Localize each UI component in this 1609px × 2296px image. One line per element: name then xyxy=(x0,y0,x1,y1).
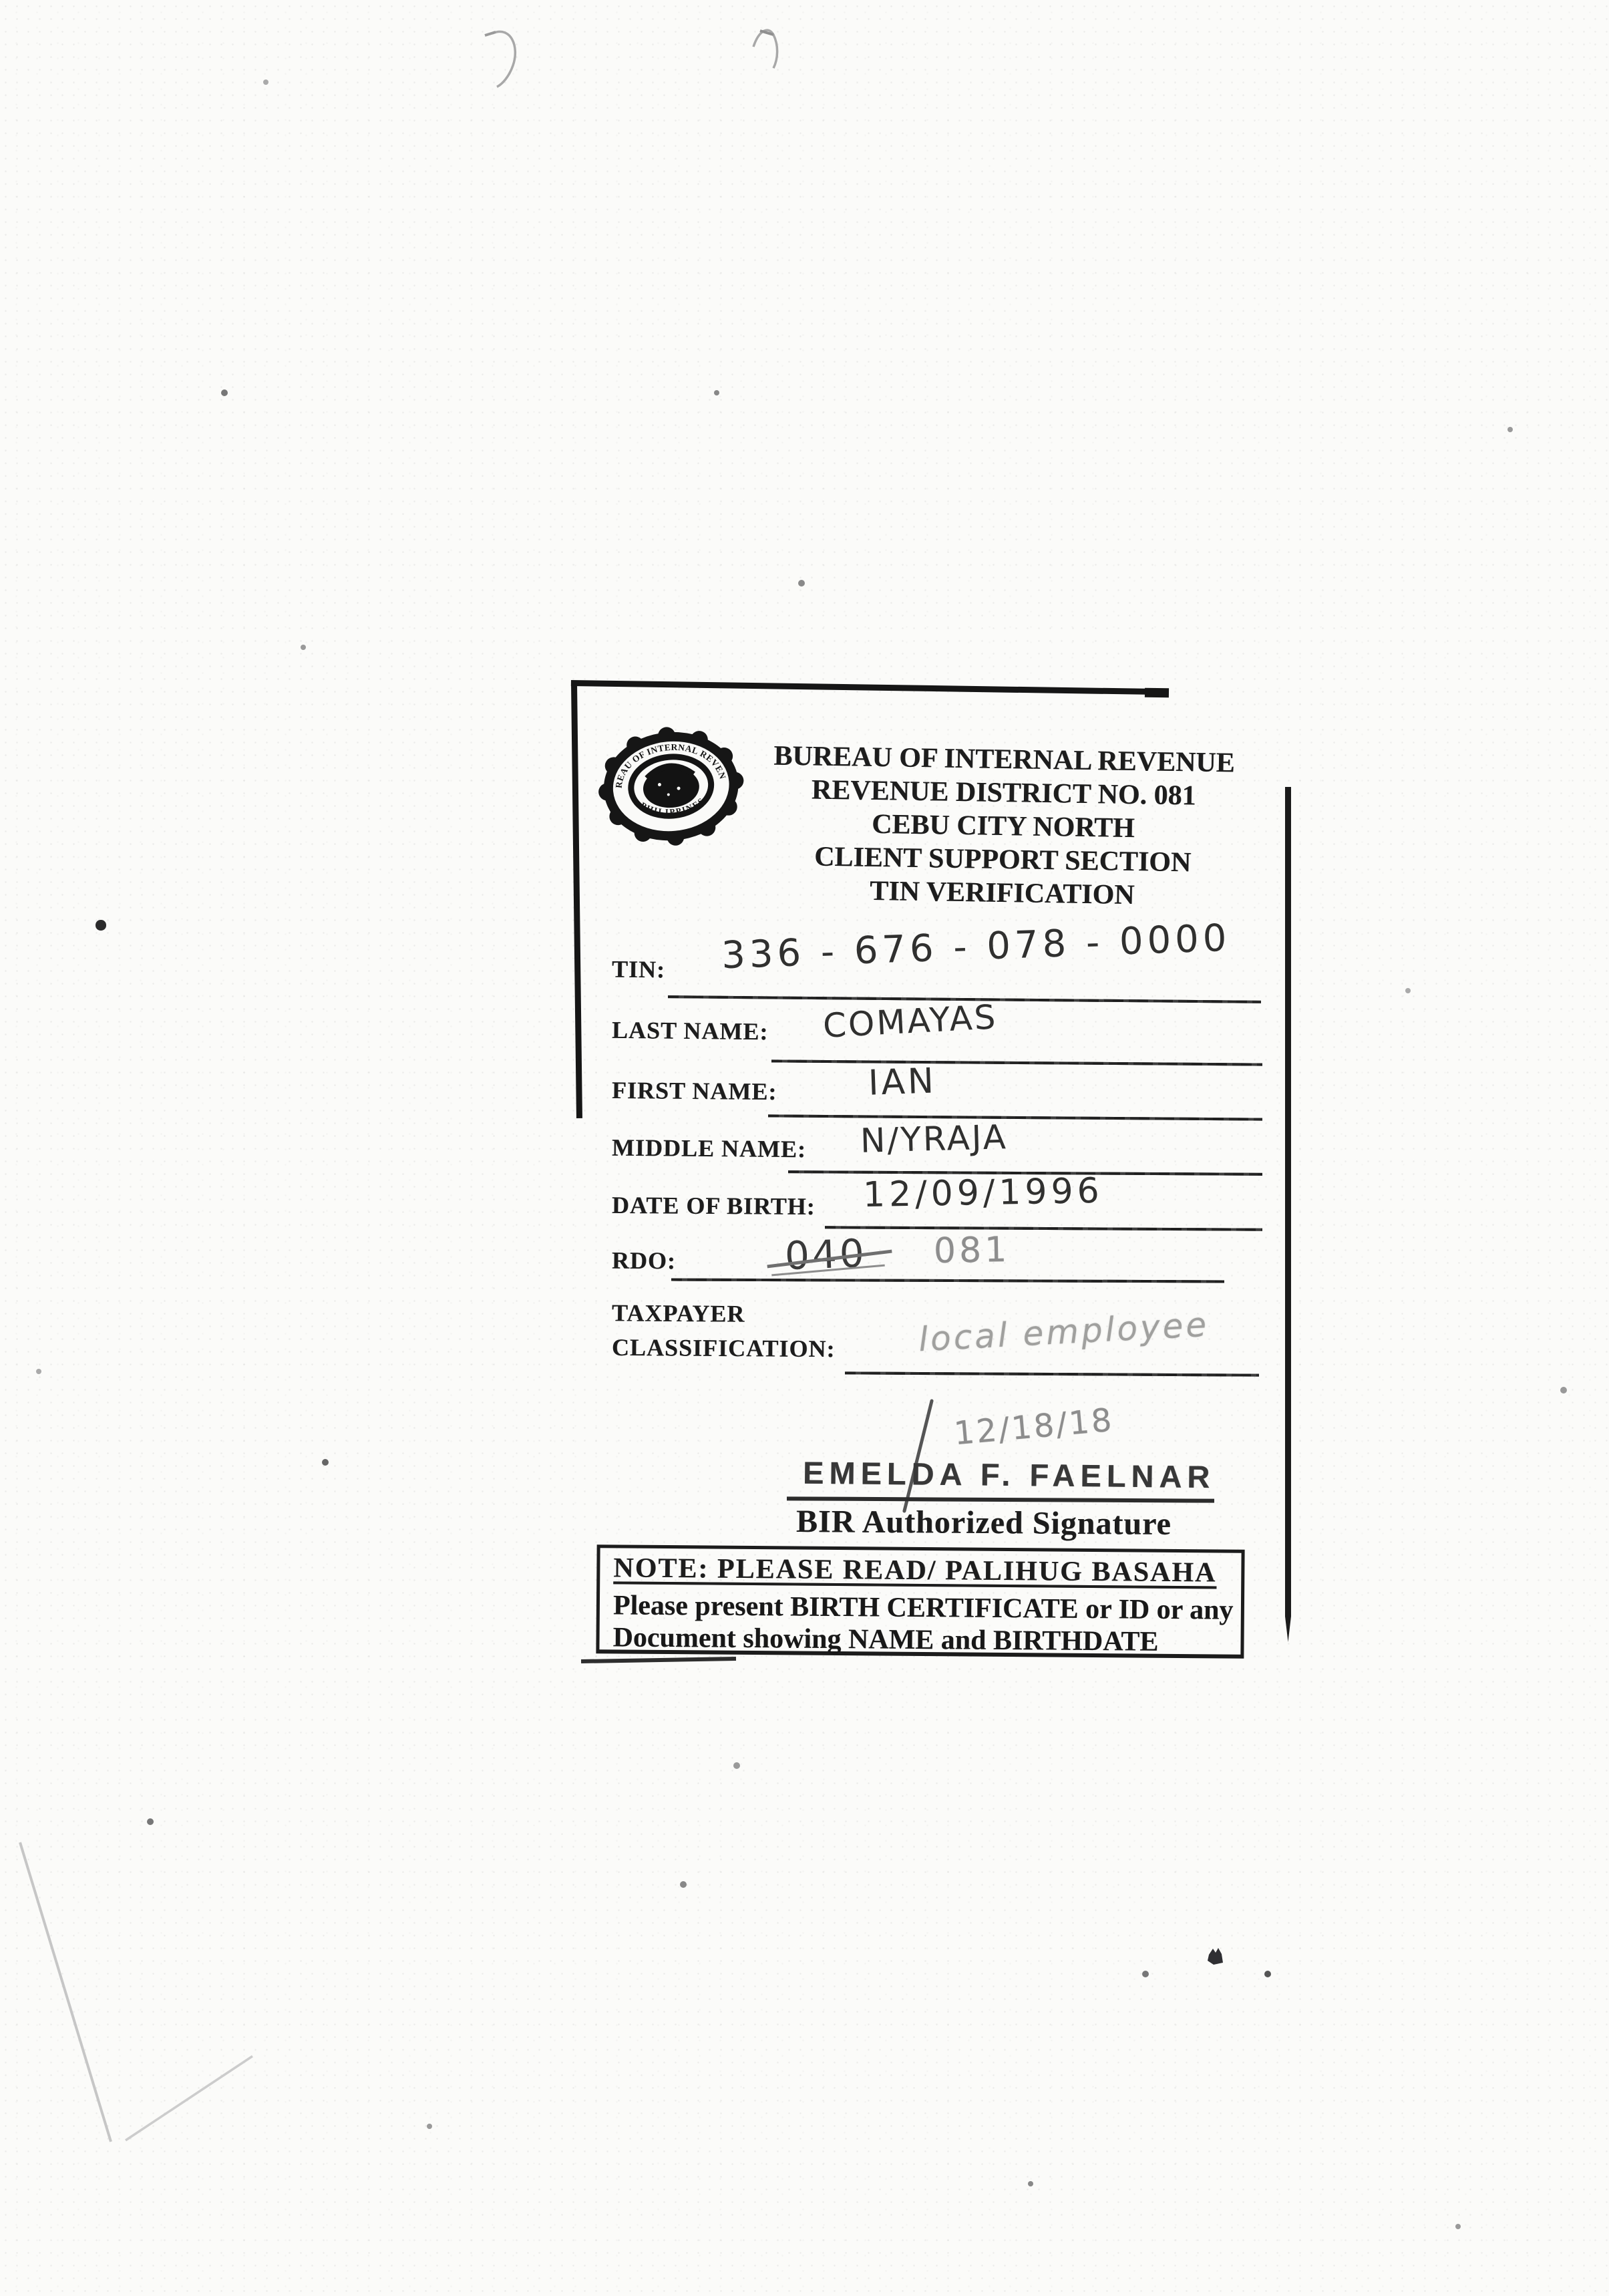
date-of-birth-label: DATE OF BIRTH: xyxy=(612,1191,816,1220)
tin-label: TIN: xyxy=(612,955,665,984)
note-line-1: Please present BIRTH CERTIFICATE or ID o… xyxy=(613,1589,1241,1626)
form-border-right xyxy=(1285,787,1291,1642)
middle-name-label: MIDDLE NAME: xyxy=(612,1134,806,1164)
scanned-document-page: BUREAU OF INTERNAL REVENUE PHILIPPINES B… xyxy=(0,0,1609,2296)
rdo-label: RDO: xyxy=(612,1247,676,1275)
last-name-label: LAST NAME: xyxy=(612,1016,769,1045)
taxpayer-label-line1: TAXPAYER xyxy=(612,1299,745,1327)
first-name-label: FIRST NAME: xyxy=(612,1076,777,1106)
ink-blob xyxy=(1208,1948,1223,1965)
signatory-name-stamp: EMELDA F. FAELNAR xyxy=(803,1454,1216,1495)
fold-line-2 xyxy=(126,2056,252,2140)
taxpayer-label-line2: CLASSIFICATION: xyxy=(612,1333,836,1363)
date-of-birth-value-handwritten: 12/09/1996 xyxy=(863,1171,1104,1215)
signature-caption: BIR Authorized Signature xyxy=(796,1503,1172,1542)
arc-mark-left-tick xyxy=(485,32,496,35)
form-header: BUREAU OF INTERNAL REVENUE REVENUE DISTR… xyxy=(748,739,1258,914)
arc-mark-left xyxy=(492,31,515,87)
first-name-value-handwritten: IAN xyxy=(868,1061,937,1104)
form-border-top-endcap xyxy=(1145,688,1169,698)
middle-name-value-handwritten: N/YRAJA xyxy=(860,1118,1008,1160)
note-title: NOTE: PLEASE READ/ PALIHUG BASAHA xyxy=(613,1552,1241,1589)
fold-line-1 xyxy=(20,1842,111,2142)
arc-mark-right xyxy=(753,30,777,68)
note-box: NOTE: PLEASE READ/ PALIHUG BASAHA Please… xyxy=(596,1544,1244,1659)
note-line-2: Document showing NAME and BIRTHDATE xyxy=(612,1621,1240,1658)
bir-seal-icon: BUREAU OF INTERNAL REVENUE PHILIPPINES xyxy=(588,715,756,862)
rdo-value-handwritten: 081 xyxy=(933,1230,1010,1271)
